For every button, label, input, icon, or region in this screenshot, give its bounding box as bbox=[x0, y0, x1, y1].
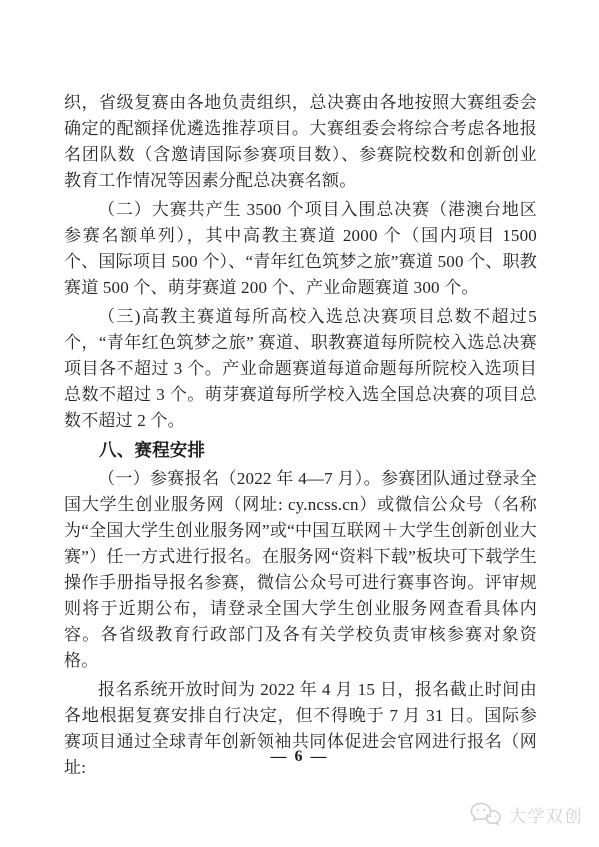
document-page: 织，省级复赛由各地负责组织，总决赛由各地按照大赛组委会确定的配额择优遴选推荐项目… bbox=[0, 0, 599, 847]
watermark-label: 大学双创 bbox=[509, 802, 583, 827]
wechat-icon bbox=[469, 801, 503, 828]
document-body: 织，省级复赛由各地负责组织，总决赛由各地按照大赛组委会确定的配额择优遴选推荐项目… bbox=[64, 90, 537, 784]
section-heading: 八、赛程安排 bbox=[64, 437, 537, 463]
paragraph-item-1-schedule: （一）参赛报名（2022 年 4—7 月）。参赛团队通过登录全国大学生创业服务网… bbox=[64, 466, 537, 674]
paragraph-item-2: （二）大赛共产生 3500 个项目入围总决赛（港澳台地区参赛名额单列），其中高教… bbox=[64, 197, 537, 301]
page-number: — 6 — bbox=[0, 748, 599, 766]
paragraph-continuation: 织，省级复赛由各地负责组织，总决赛由各地按照大赛组委会确定的配额择优遴选推荐项目… bbox=[64, 90, 537, 194]
watermark: 大学双创 bbox=[469, 801, 583, 828]
paragraph-item-3: （三)高教主赛道每所高校入选总决赛项目总数不超过5个，“青年红色筑梦之旅” 赛道… bbox=[64, 304, 537, 434]
